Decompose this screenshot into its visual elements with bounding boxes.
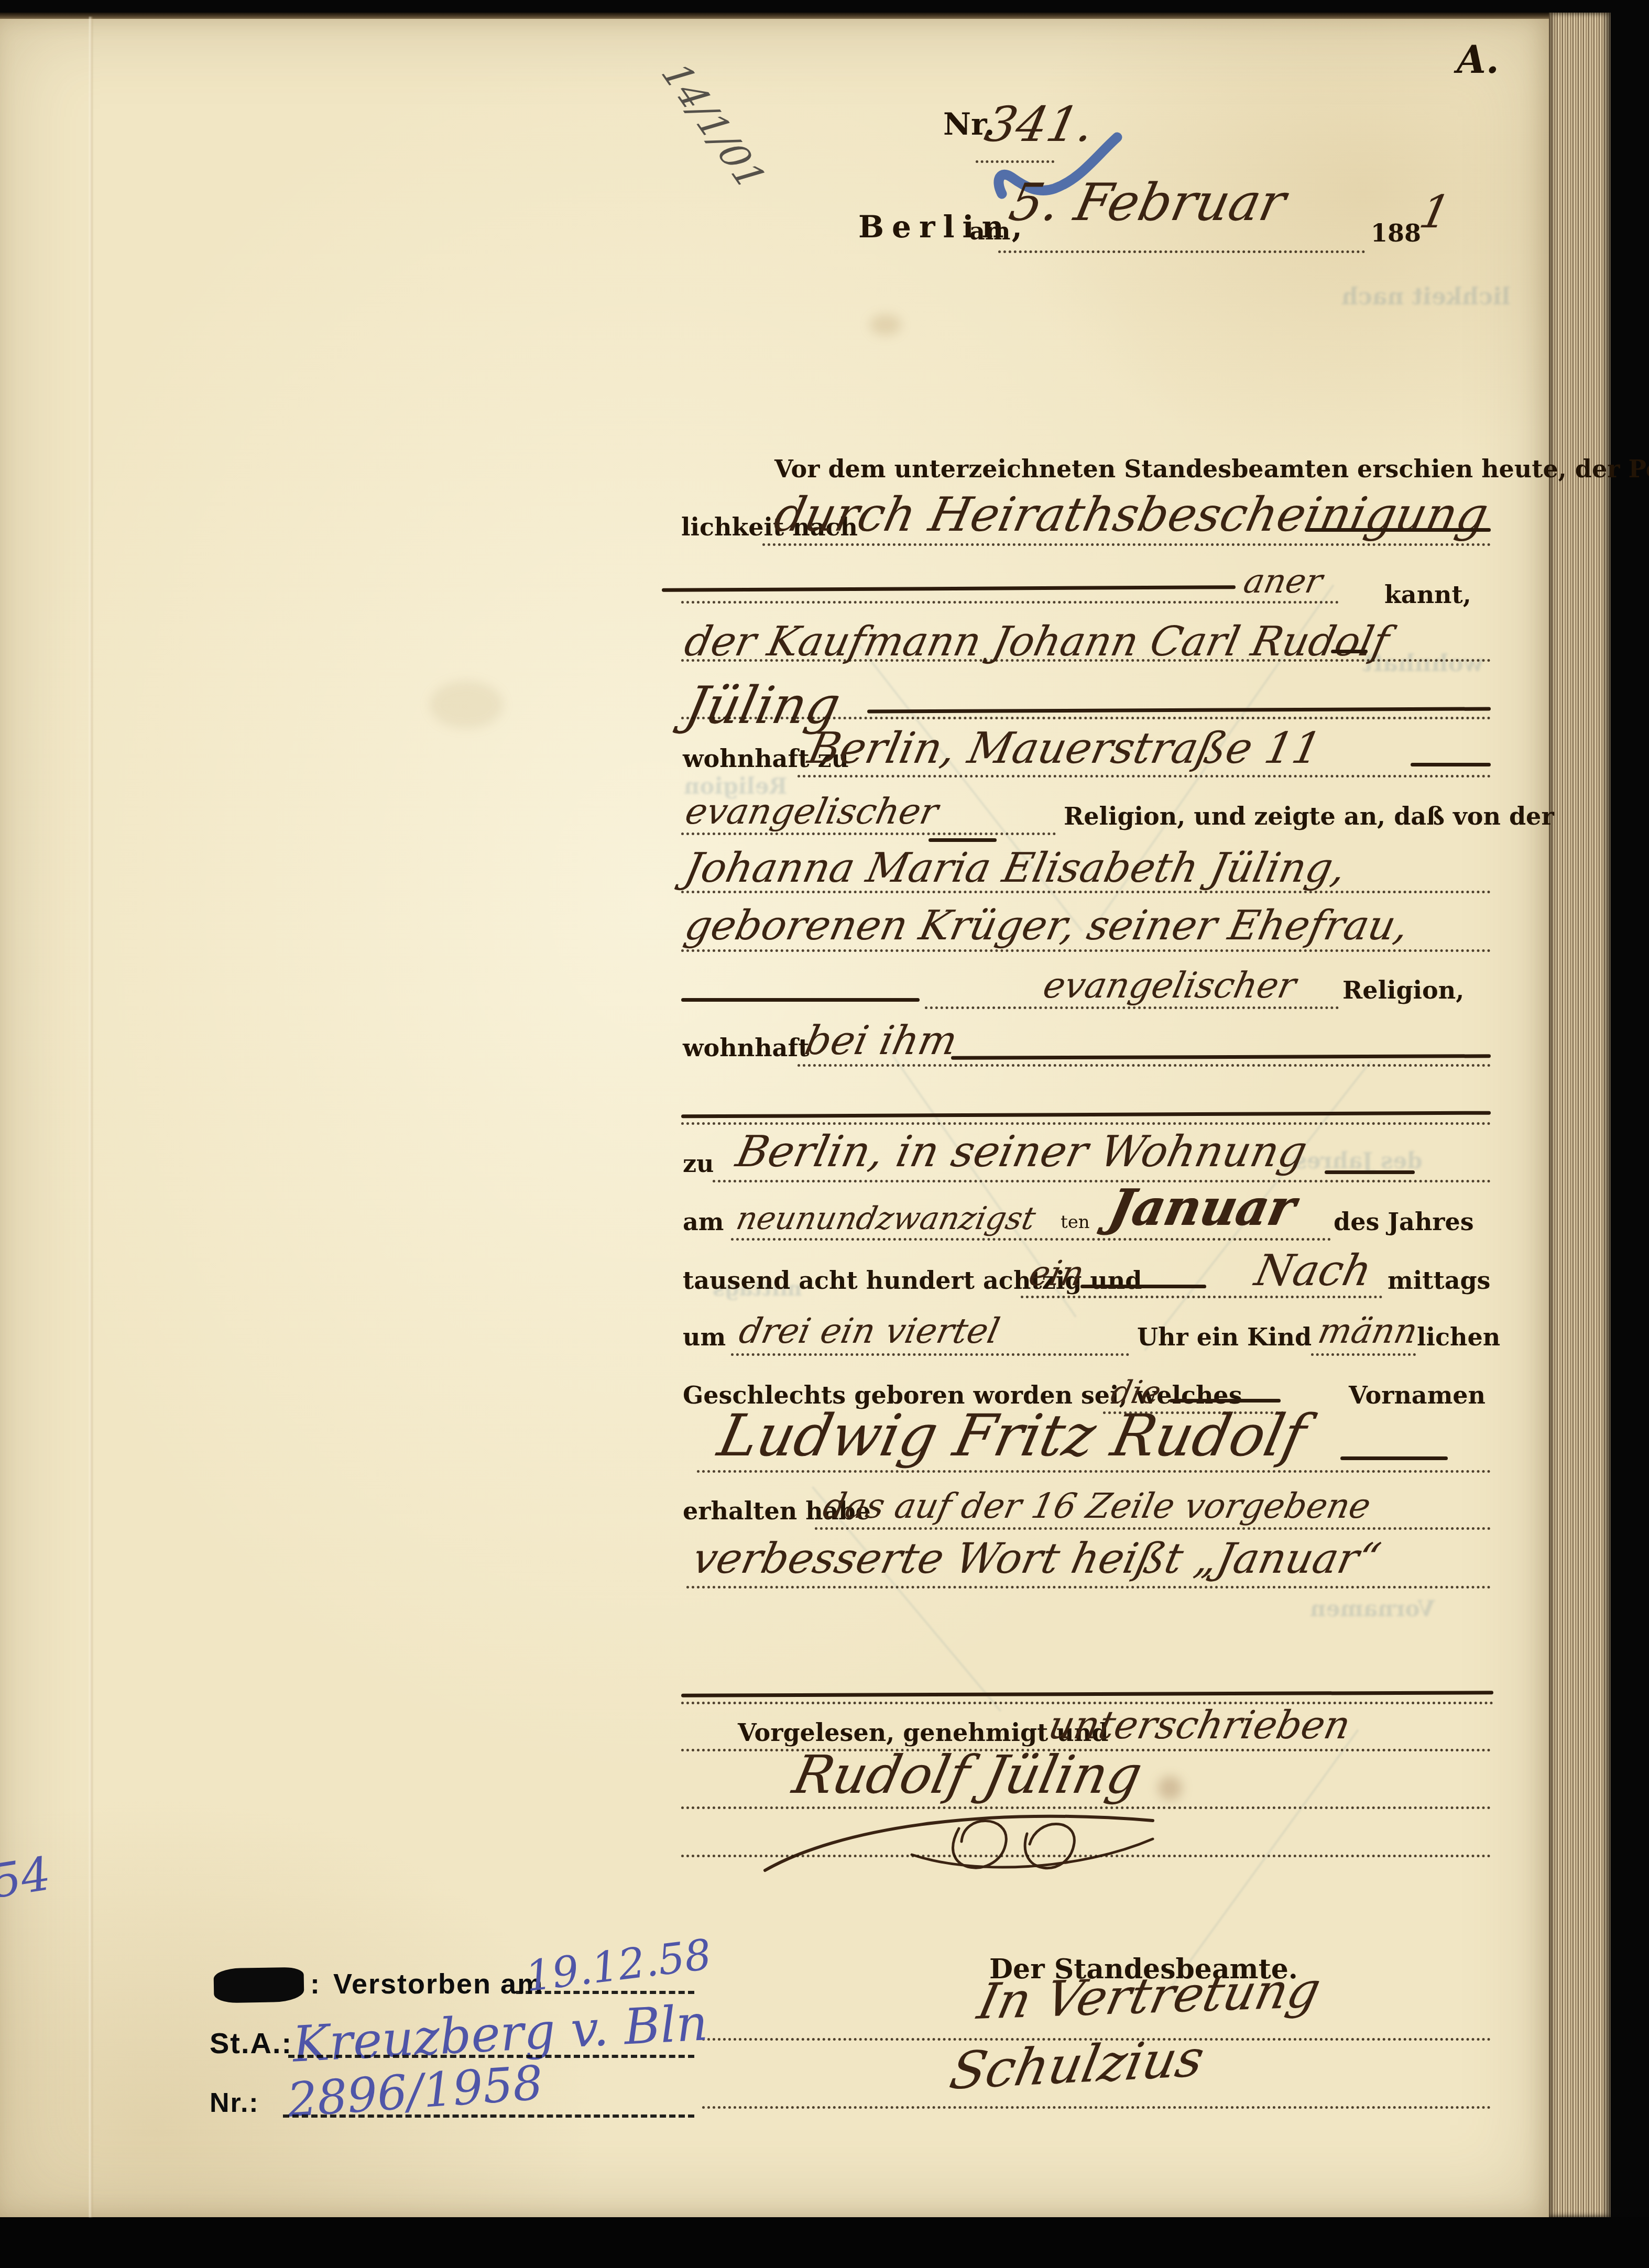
birthdate-month-corrected-handwritten: Januar xyxy=(1105,1183,1299,1232)
form-intro-line1: Vor dem unterzeichneten Standesbeamten e… xyxy=(774,457,1649,481)
desjahres-printed: des Jahres xyxy=(1334,1210,1474,1234)
bleedthrough-text: Vornamen xyxy=(1310,1598,1435,1620)
birthdate-day-handwritten: neunundzwanzigst xyxy=(734,1203,1038,1234)
fill-line xyxy=(681,891,1491,893)
fill-line xyxy=(925,1006,1339,1009)
birthplace-label-printed: zu xyxy=(683,1152,714,1176)
birthdate-am-printed: am xyxy=(683,1210,724,1234)
official-signature-1: In Vertretung xyxy=(974,1966,1325,2027)
religion2-printed: Religion, xyxy=(1342,978,1464,1002)
bleedthrough-text: des Jahres xyxy=(1294,1150,1422,1172)
redacted-stamp-word xyxy=(213,1967,304,2003)
fill-line xyxy=(681,832,1056,835)
father-religion-handwritten: evangelischer xyxy=(682,794,941,830)
ink-dash xyxy=(1080,1285,1206,1288)
fill-line xyxy=(681,1855,1491,1857)
ten-suffix-printed: ten xyxy=(1061,1213,1090,1231)
correction-line2-handwritten: verbesserte Wort heißt „Januar“ xyxy=(689,1538,1384,1580)
fill-line xyxy=(731,1238,1331,1241)
ink-dash xyxy=(1411,763,1491,766)
fill-line xyxy=(686,1586,1491,1588)
unterschrieben-handwritten: unterschrieben xyxy=(1045,1706,1354,1745)
fill-line xyxy=(762,543,1491,546)
fill-line xyxy=(815,1527,1491,1530)
time-um-printed: um xyxy=(683,1325,726,1349)
correction-line1-handwritten: das auf der 16 Zeile vorgebene xyxy=(820,1489,1373,1524)
fill-line xyxy=(681,949,1491,952)
ink-dash xyxy=(1305,528,1491,532)
scan-bottom-edge xyxy=(0,2217,1649,2268)
recognized-printed: kannt, xyxy=(1384,583,1471,607)
scanned-birth-record: lichkeit nach wohnhaft Religion des Jahr… xyxy=(0,0,1649,2268)
mother-religion-handwritten: evangelischer xyxy=(1040,968,1299,1004)
ink-dash xyxy=(1331,650,1368,653)
ink-dash xyxy=(1325,1170,1415,1174)
paper-stain xyxy=(430,681,503,728)
residence2-handwritten: bei ihm xyxy=(802,1021,961,1060)
fill-line xyxy=(731,1353,1129,1356)
child-name-handwritten: Ludwig Fritz Rudolf xyxy=(714,1407,1311,1464)
fill-line xyxy=(681,659,1491,662)
fill-line xyxy=(681,601,1339,604)
page-top-edge xyxy=(0,13,1610,19)
ink-dash xyxy=(681,998,920,1002)
bleedthrough-text: lichkeit nach xyxy=(1341,286,1510,309)
fill-line xyxy=(681,717,1491,719)
date-handwritten: 5. Februar xyxy=(1005,177,1290,228)
registry-office-stamp-label: St.A.: xyxy=(210,2029,292,2058)
stamp-underline xyxy=(516,1991,694,1994)
margin-number: 54 xyxy=(0,1850,53,1905)
paper-crease xyxy=(89,17,93,2217)
stamp-colon: : xyxy=(310,1970,321,1998)
fill-line xyxy=(681,1122,1491,1125)
birthplace-handwritten: Berlin, in seiner Wohnung xyxy=(733,1131,1311,1174)
birthyear-digit-handwritten: ein xyxy=(1026,1256,1087,1291)
paper-stain xyxy=(870,314,901,335)
book-fore-edge-pages xyxy=(1549,13,1611,2217)
father-name-handwritten: der Kaufmann Johann Carl Rudolf xyxy=(681,621,1392,662)
year-printed: 188 xyxy=(1371,221,1421,245)
stamp-underline xyxy=(283,2114,694,2118)
deceased-stamp-label: Verstorben am xyxy=(333,1970,543,1998)
signature-flourish xyxy=(755,1792,1205,1891)
mother-maidenname-handwritten: geborenen Krüger, seiner Ehefrau, xyxy=(681,905,1412,946)
fill-line xyxy=(798,775,1491,777)
residence2-label-printed: wohnhaft xyxy=(683,1036,809,1060)
time-handwritten: drei ein viertel xyxy=(736,1314,1002,1349)
fill-line xyxy=(998,250,1365,253)
gender-handwritten: männ xyxy=(1315,1314,1421,1349)
number-stamp-label: Nr.: xyxy=(210,2089,259,2117)
religion-printed: Religion, und zeigte an, daß von der xyxy=(1064,804,1554,828)
daytime-handwritten: Nach xyxy=(1251,1250,1375,1292)
stamp-underline xyxy=(288,2055,694,2058)
residence-handwritten: Berlin, Mauerstraße 11 xyxy=(804,727,1325,770)
page-corner-letter: A. xyxy=(1457,41,1499,79)
lichen-printed: lichen xyxy=(1417,1325,1500,1349)
fill-line xyxy=(798,1064,1491,1067)
mittags-printed: mittags xyxy=(1388,1268,1491,1292)
uhr-kind-printed: Uhr ein Kind xyxy=(1137,1325,1312,1349)
ink-dash xyxy=(1340,1456,1448,1460)
fill-line xyxy=(697,1470,1491,1473)
fill-line xyxy=(1311,1353,1416,1356)
official-signature-2: Schulzius xyxy=(946,2033,1208,2097)
mother-name-handwritten: Johanna Maria Elisabeth Jüling, xyxy=(681,848,1349,889)
ink-dash xyxy=(929,838,997,842)
fill-line xyxy=(713,1180,1491,1182)
recognized-prefix-handwritten: aner xyxy=(1241,565,1325,598)
fill-line xyxy=(702,2106,1491,2109)
fill-line xyxy=(1021,1296,1382,1298)
vornamen-printed: Vornamen xyxy=(1349,1383,1486,1407)
